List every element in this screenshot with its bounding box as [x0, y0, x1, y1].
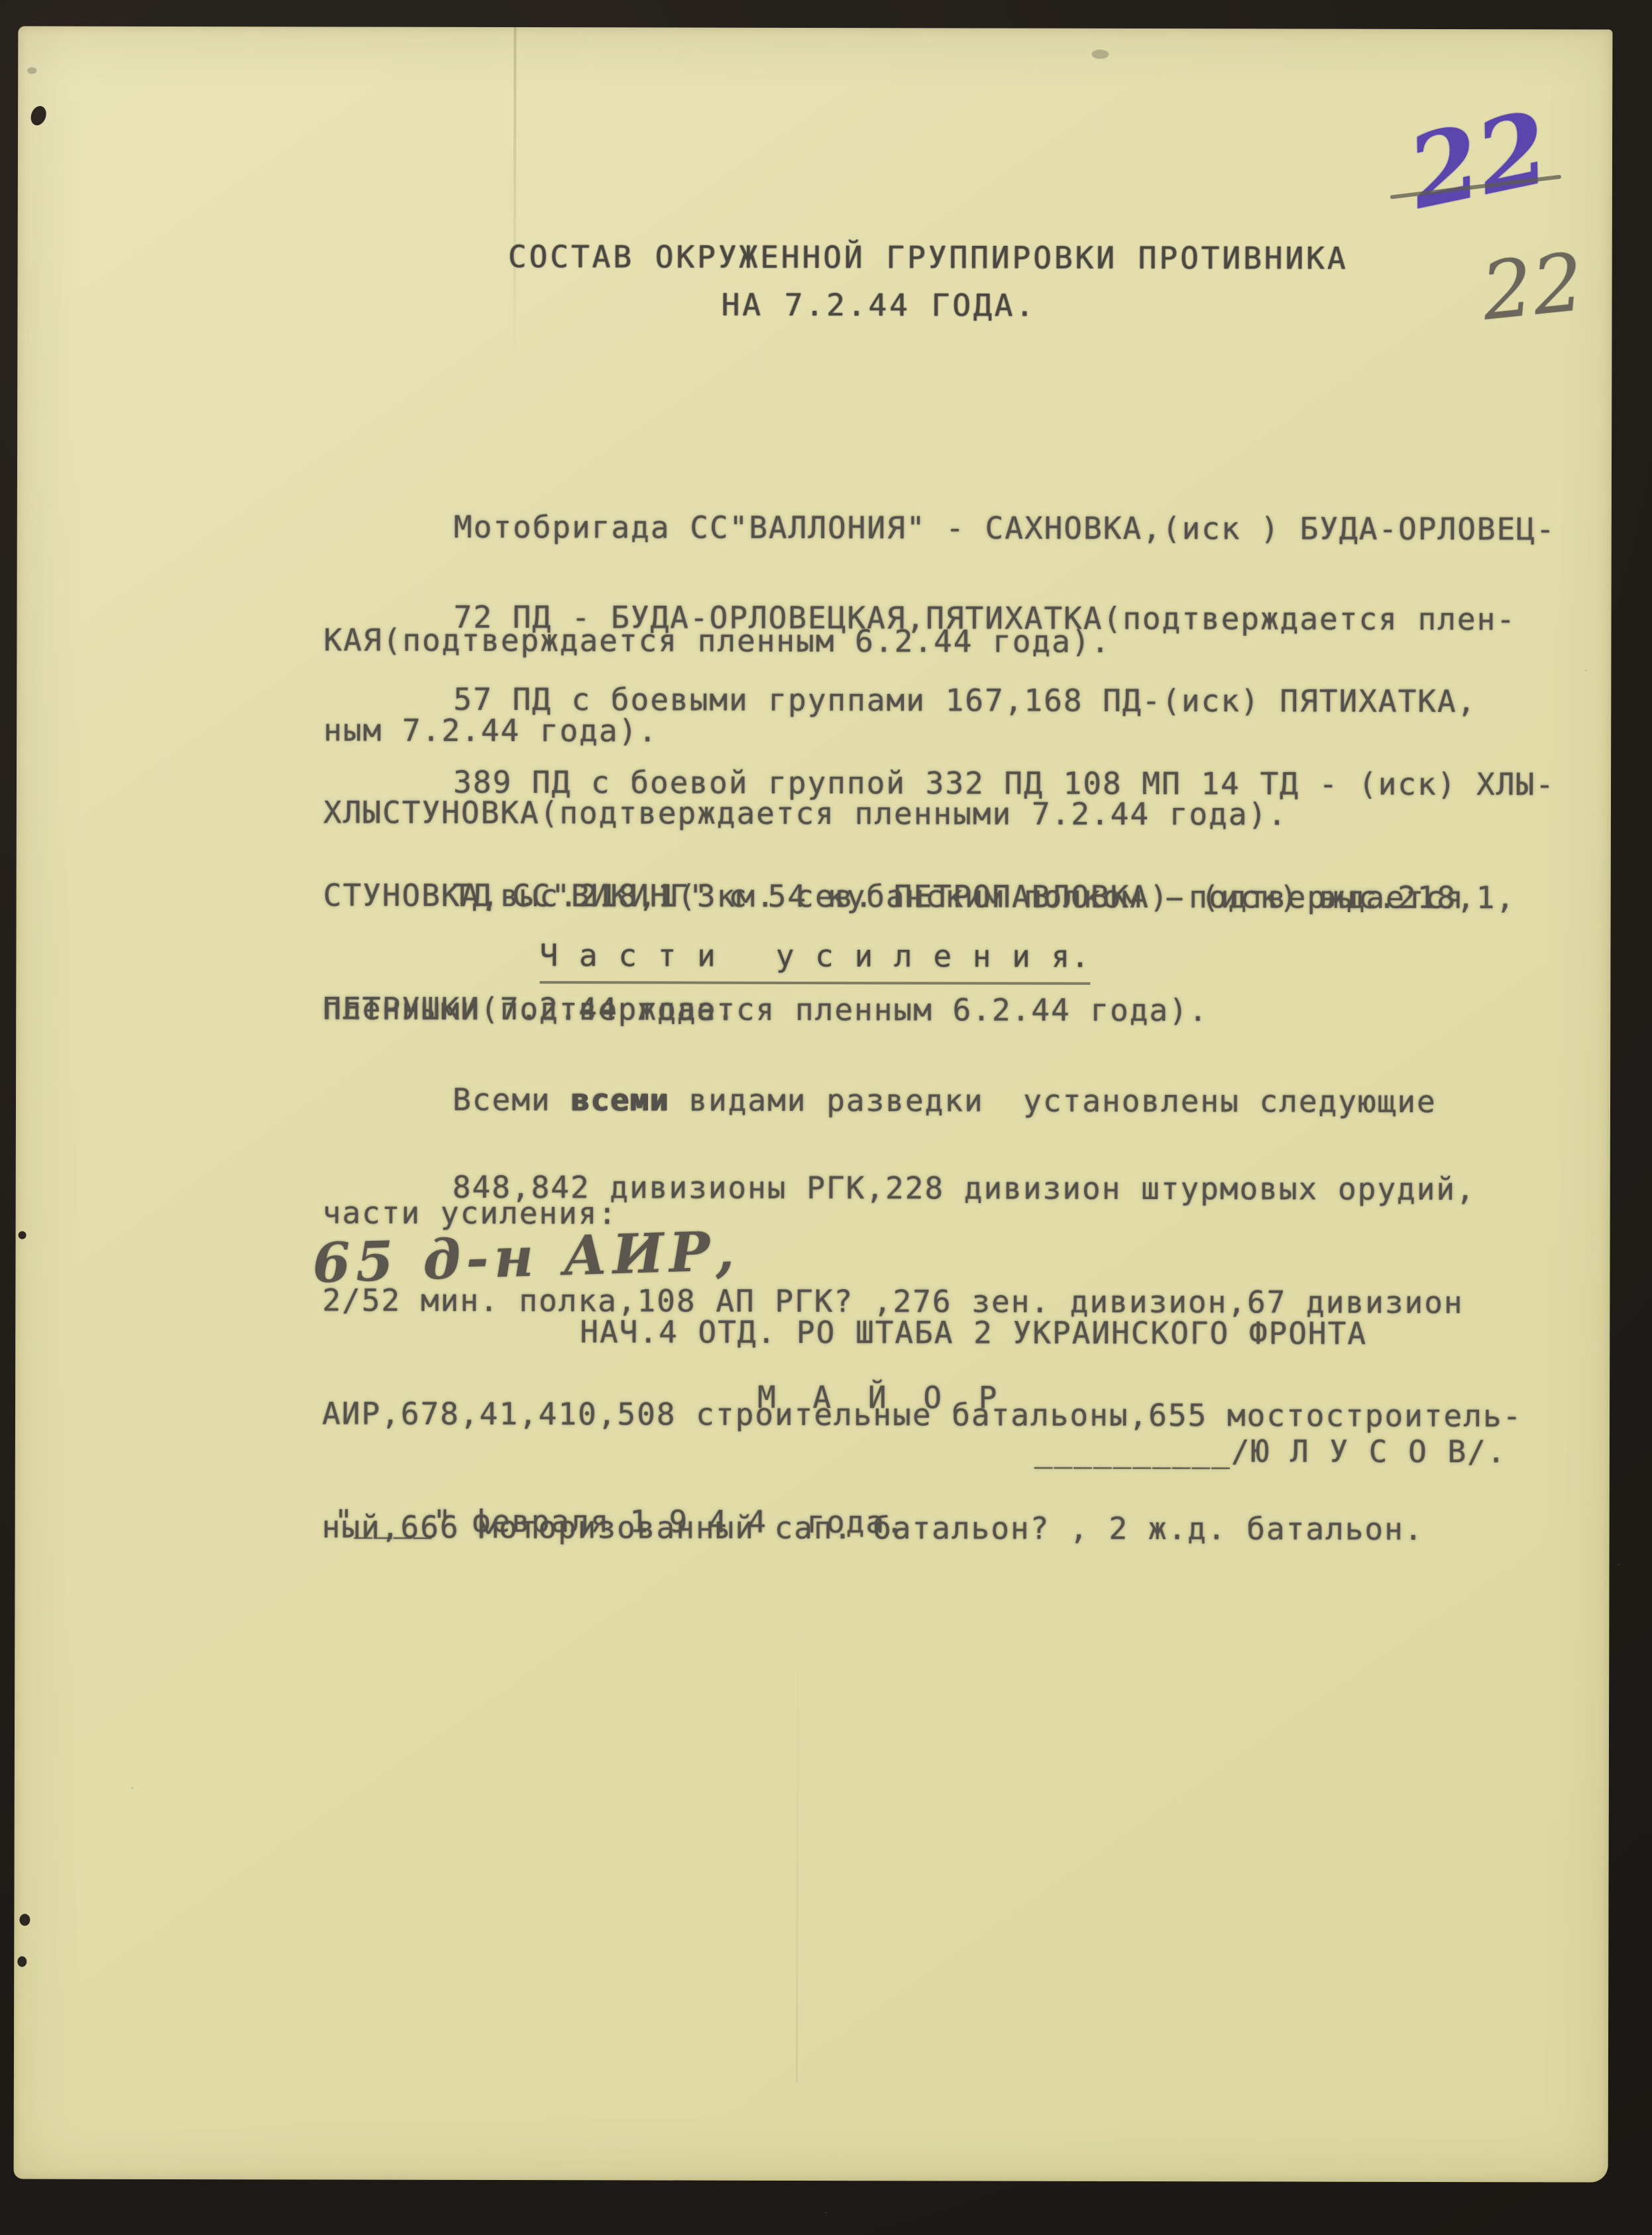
signature-position: НАЧ.4 ОТД. РО ШТАБА 2 УКРАИНСКОГО ФРОНТА: [580, 1313, 1367, 1352]
paragraph-line: 848,842 дивизионы РГК,228 дивизион штурм…: [323, 1168, 1523, 1208]
handwritten-page-number-ink: 22: [1399, 89, 1559, 231]
top-smudge: [1091, 50, 1109, 59]
paragraph-line: СТУНОВКА,выс.218,1(3км. сев. ПЕТРОПАВЛОВ…: [323, 876, 1555, 917]
paragraph-389pd: 389 ПД с боевой группой 332 ПД 108 МП 14…: [323, 687, 1555, 1106]
paragraph-intro: Всеми всеми видами разведки установлены …: [322, 1005, 1437, 1310]
signature-name-line: __________/Ю Л У С О В/.: [1034, 1432, 1507, 1471]
paragraph-line: ным 7.2.44 года).: [323, 711, 1516, 752]
intro-prefix: Всеми: [453, 1082, 571, 1117]
paragraph-units: 848,842 дивизионы РГК,228 дивизион штурм…: [321, 1092, 1523, 1624]
paragraph-line: части усиления:: [323, 1194, 1437, 1234]
paragraph-line: ный,666 моторизованный сап. батальон? , …: [322, 1508, 1522, 1548]
paragraph-72pd: 72 ПД - БУДА-ОРЛОВЕЦКАЯ,ПЯТИХАТКА(подтве…: [323, 522, 1516, 827]
paper-crease: [513, 27, 516, 372]
intro-suffix: видами разведки установлены следующие: [669, 1082, 1437, 1119]
paragraph-line: Всеми всеми видами разведки установлены …: [323, 1080, 1437, 1121]
paragraph-line: 2/52 мин. полка,108 АП РГК? ,276 зен. ди…: [322, 1281, 1522, 1322]
paragraph-line: пленными 7.2.44 года.: [323, 990, 1555, 1030]
paragraph-wallonia: Мотобригада СС"ВАЛЛОНИЯ" - САХНОВКА,(иск…: [323, 432, 1556, 737]
paragraph-line: 57 ПД с боевыми группами 167,168 ПД-(иск…: [323, 680, 1476, 720]
paragraph-line: КАЯ(подтверждается пленным 6.2.44 года).: [323, 621, 1555, 661]
signature-rank: М А Й О Р: [757, 1379, 1006, 1417]
paragraph-viking: ТД СС"ВИКИНГ" с 54 кубанским полком - (и…: [323, 801, 1515, 1106]
binding-hole: [28, 104, 49, 128]
handwritten-page-number-pencil: 22: [1478, 237, 1588, 339]
paper-crease-bottom: [796, 1619, 798, 2083]
intro-overstruck-word: всеми: [571, 1082, 669, 1117]
document-title-line2: НА 7.2.44 ГОДА.: [721, 286, 1036, 325]
binding-hole: [17, 1956, 27, 1967]
document-title-line1: СОСТАВ ОКРУЖЕННОЙ ГРУППИРОВКИ ПРОТИВНИКА: [508, 238, 1349, 278]
paragraph-line: Мотобригада СС"ВАЛЛОНИЯ" - САХНОВКА,(иск…: [324, 508, 1556, 548]
scanner-backdrop: 22 22 СОСТАВ ОКРУЖЕННОЙ ГРУППИРОВКИ ПРОТ…: [0, 0, 1652, 2235]
edge-smudge: [27, 68, 36, 74]
paragraph-line: ТД СС"ВИКИНГ" с 54 кубанским полком - (и…: [323, 876, 1516, 917]
document-page: 22 22 СОСТАВ ОКРУЖЕННОЙ ГРУППИРОВКИ ПРОТ…: [14, 26, 1613, 2182]
pencil-strike-line: [1390, 175, 1561, 200]
binding-hole: [19, 1231, 27, 1239]
signature-rule: __________: [1034, 1433, 1231, 1469]
signature-name: /Ю Л У С О В/.: [1231, 1433, 1507, 1469]
paragraph-line: ПЕТРУШКИ(подтверждается пленным 6.2.44 г…: [323, 990, 1515, 1030]
section-heading: Ч а с т и у с и л е н и я.: [539, 937, 1091, 985]
paragraph-57pd: 57 ПД с боевыми группами 167,168 ПД-(иск…: [323, 604, 1477, 909]
paragraph-line: АИР,678,41,410,508 строительные батальон…: [322, 1395, 1522, 1435]
binding-hole: [19, 1914, 30, 1925]
paragraph-line: ХЛЫСТУНОВКА(подтверждается пленными 7.2.…: [323, 793, 1476, 834]
date-line: "____" февраля 1 9 4 4 года.: [335, 1502, 905, 1541]
paragraph-line: 72 ПД - БУДА-ОРЛОВЕЦКАЯ,ПЯТИХАТКА(подтве…: [323, 598, 1516, 638]
handwritten-unit-addition: 65 д-н АИР,: [311, 1220, 740, 1296]
paragraph-line: 389 ПД с боевой группой 332 ПД 108 МП 14…: [323, 763, 1555, 803]
